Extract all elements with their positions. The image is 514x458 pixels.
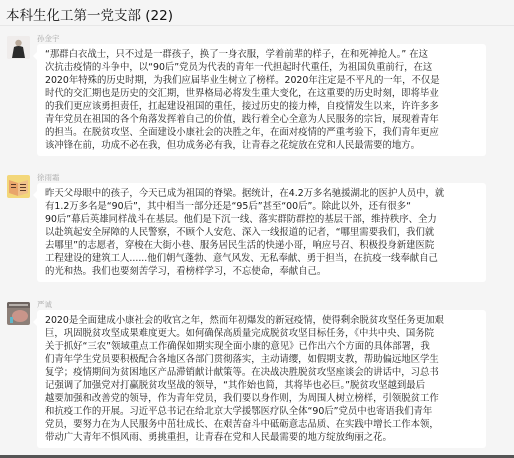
- avatar[interactable]: [7, 36, 30, 59]
- message-line: 关于抓好“三农”领域重点工作确保如期实现全面小康的意见》已作出六个方面的具体部署…: [45, 340, 480, 353]
- person-dark-coat-icon: [7, 36, 30, 59]
- photo-avatar-icon: [7, 302, 30, 325]
- message-line: 的光和热。我们也要刻苦学习，看榜样学习，不忘使命，奉献自己。: [45, 265, 480, 278]
- avatar[interactable]: [7, 302, 30, 325]
- message-bubble[interactable]: 2020是全面建成小康社会的收官之年，然而年初爆发的新冠疫情，使得剩余脱贫攻坚任…: [37, 310, 486, 448]
- message-line: 记强调了加强党对打赢脱贫攻坚战的领导，“其作始也简，其将毕也必巨。”脱贫攻坚越到…: [45, 379, 480, 392]
- message-line: 时代的交汇期也是历史的交汇期，世界格局必将发生重大变化，在这重要的历史时刻，即将…: [45, 87, 480, 100]
- message-line: 的担当。在脱贫攻坚、全面建设小康社会的决胜之年，在面对疫情的严重考验下，我们青年…: [45, 126, 480, 139]
- chat-header: 本科生化工第一党支部 (22): [0, 0, 514, 26]
- sender-name: 严诚: [37, 299, 52, 310]
- group-title: 本科生化工第一党支部 (22): [6, 4, 514, 24]
- message-bubble[interactable]: 昨天父母眼中的孩子，今天已成为祖国的脊梁。据统计，在4.2万多名驰援湖北的医护人…: [37, 183, 486, 282]
- message-line: 2020年特殊的历史时期，为我们应届毕业生树立了榜样。2020年注定是不平凡的一…: [45, 74, 480, 87]
- message-line: 2020是全面建成小康社会的收官之年，然而年初爆发的新冠疫情，使得剩余脱贫攻坚任…: [45, 314, 480, 327]
- message-line: “那群白衣战士，只不过是一群孩子，换了一身衣服，学着前辈的样子，在和死神抢人。”…: [45, 48, 480, 61]
- message-line: 90后”幕后英雄同样战斗在基层。他们是下沉一线、落实群防群控的基层干部，维持秩序…: [45, 213, 480, 226]
- message-bubble[interactable]: “那群白衣战士，只不过是一群孩子，换了一身衣服，学着前辈的样子，在和死神抢人。”…: [37, 44, 486, 156]
- message-line: 带动广大青年不惧风雨、勇挑重担，让青春在党和人民最需要的地方绽放绚丽之花。: [45, 431, 480, 444]
- message-line: 的我们更应该勇担责任，扛起建设祖国的重任，接过历史的接力棒，自疫情发生以来，许许…: [45, 100, 480, 113]
- message-line: 巨，巩固脱贫攻坚成果难度更大。如何确保高质量完成脱贫攻坚目标任务，《中共中央、国…: [45, 327, 480, 340]
- chat-message-list[interactable]: 孙金宇 “那群白衣战士，只不过是一群孩子，换了一身衣服，学着前辈的样子，在和死神…: [0, 26, 514, 458]
- message-line: 党员，要努力在为人民服务中茁壮成长、在艰苦奋斗中砥砺意志品质、在实践中增长工作本…: [45, 418, 480, 431]
- message-line: 工程建设的建筑工人......他们朝气蓬勃、意气风发、无私奉献、勇于担当，在抗疫…: [45, 252, 480, 265]
- message-line: 以赴筑起安全屏障的人民警察，不顾个人安危、深入一线报道的记者，“哪里需要我们，我…: [45, 226, 480, 239]
- message-line: 青年党员在祖国的各个角落发挥着自己的价值，践行着全心全意为人民服务的宗旨，展现着…: [45, 113, 480, 126]
- message-line: 有1.2万多名是“90后”，其中相当一部分还是“95后”甚至“00后”。除此以外…: [45, 200, 480, 213]
- message-line: 越要加强和改善党的领导，作为青年党员，我们要以身作则，为周围人树立榜样，引领脱贫…: [45, 392, 480, 405]
- sender-name: 徐雨霜: [37, 172, 60, 183]
- message-line: 复学；疫情期间为贫困地区产品滞销献计献策等。在决战决胜脱贫攻坚座谈会的讲话中，习…: [45, 366, 480, 379]
- avatar[interactable]: [7, 175, 30, 198]
- sender-name: 孙金宇: [37, 33, 60, 44]
- message-line: 该冲锋在前，功成不必在我，但功成务必有我，让青春之花绽放在党和人民最需要的地方。: [45, 139, 480, 152]
- message-line: 和抗疫工作的开展。习近平总书记在给北京大学援鄂医疗队全体“90后”党员中也寄语我…: [45, 405, 480, 418]
- message-line: 们青年学生党员要积极配合各地区各部门贯彻落实，主动请缨，如假期支教，帮助偏远地区…: [45, 353, 480, 366]
- message-line: 昨天父母眼中的孩子，今天已成为祖国的脊梁。据统计，在4.2万多名驰援湖北的医护人…: [45, 187, 480, 200]
- book-illustration-icon: [7, 175, 30, 198]
- message-line: 去哪里”的志愿者，穿梭在大街小巷、服务居民生活的快递小哥，响应号召、积极投身新建…: [45, 239, 480, 252]
- message-line: 次抗击疫情的斗争中，以“90后”党员为代表的青年一代担起时代重任，为祖国负重前行…: [45, 61, 480, 74]
